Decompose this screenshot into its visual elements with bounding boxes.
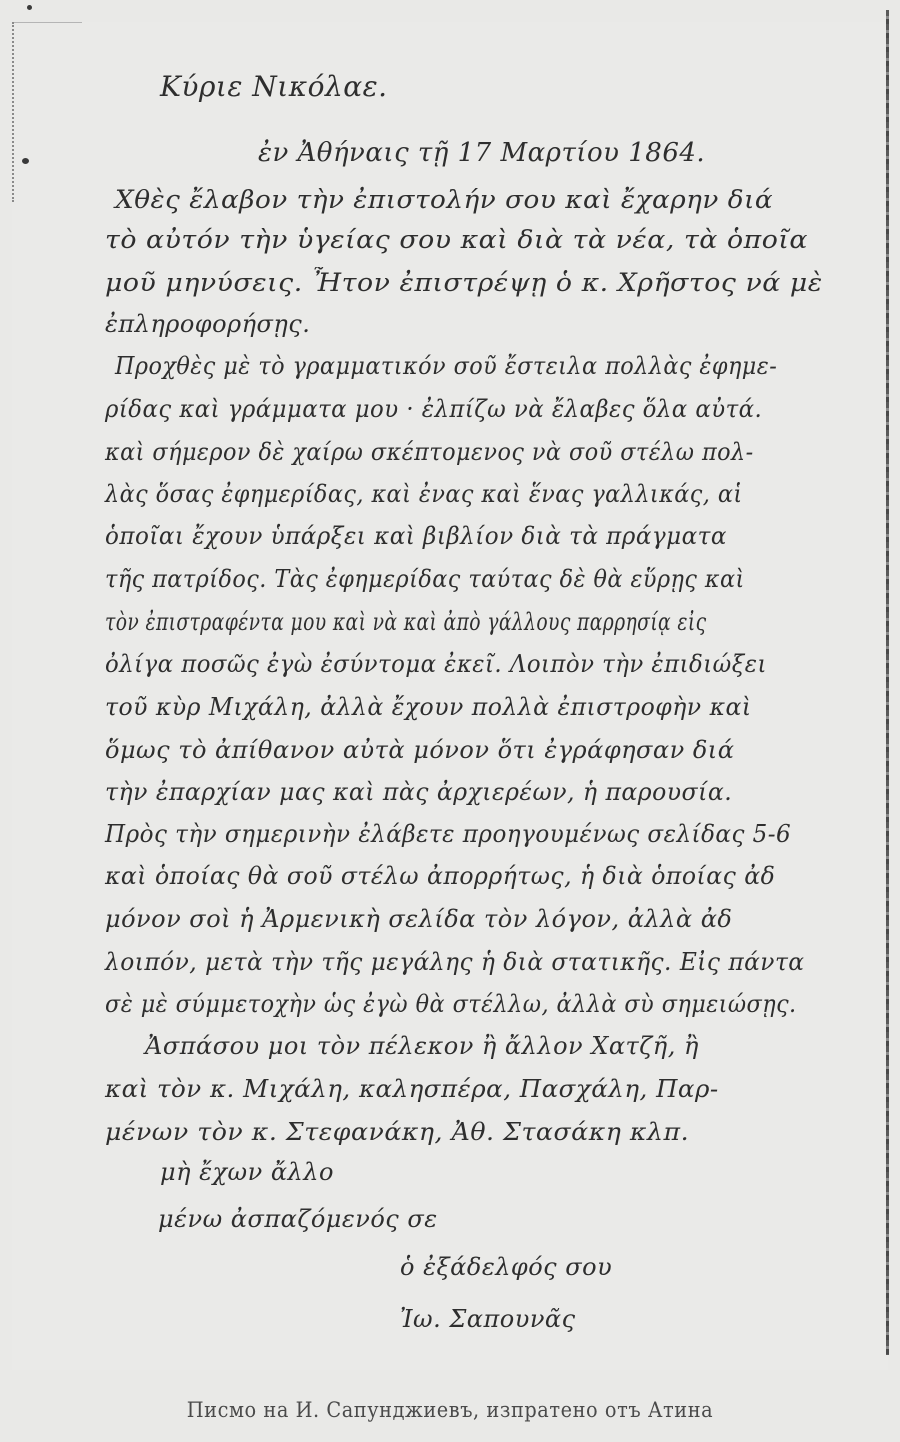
letter-date: ἐν Ἀθήναις τῇ 17 Μαρτίου 1864. xyxy=(258,138,705,168)
letter-line: Προχθὲς μὲ τὸ γραμματικόν σοῦ ἔστειλα πο… xyxy=(115,352,777,380)
letter-line: μένων τὸν κ. Στεφανάκη, Ἀθ. Στασάκη κλπ. xyxy=(105,1118,689,1146)
letter-line: καὶ σήμερον δὲ χαίρω σκέπτομενος νὰ σοῦ … xyxy=(105,438,754,466)
letter-line: τοῦ κὺρ Μιχάλη, ἀλλὰ ἔχουν πολλὰ ἐπιστρο… xyxy=(105,693,752,721)
letter-line: ἐπληροφορήσῃς. xyxy=(105,310,310,338)
letter-line: Πρὸς τὴν σημερινὴν ἐλάβετε προηγουμένως … xyxy=(105,820,791,848)
letter-line: λοιπόν, μετὰ τὴν τῆς μεγάλης ἡ διὰ στατι… xyxy=(105,948,805,976)
letter-line: Χθὲς ἔλαβον τὴν ἐπιστολήν σου καὶ ἔχαρην… xyxy=(115,185,773,214)
letter-line: καὶ ὁποίας θὰ σοῦ στέλω ἀπορρήτως, ἡ διὰ… xyxy=(105,862,775,890)
letter-line: τὴν ἐπαρχίαν μας καὶ πὰς ἀρχιερέων, ἡ πα… xyxy=(105,778,732,806)
letter-line: καὶ τὸν κ. Μιχάλη, καλησπέρα, Πασχάλη, Π… xyxy=(105,1075,719,1103)
letter-line: λὰς ὅσας ἐφημερίδας, καὶ ἐνας καὶ ἕνας γ… xyxy=(105,480,743,508)
letter-line: τῆς πατρίδος. Τὰς ἐφημερίδας ταύτας δὲ θ… xyxy=(105,565,745,593)
letter-line: ὅμως τὸ ἀπίθανον αὐτὰ μόνον ὅτι ἐγράφησα… xyxy=(105,736,734,764)
letter-salutation: Κύριε Νικόλαε. xyxy=(160,70,388,103)
letter-line: σὲ μὲ σύμμετοχὴν ὡς ἐγὼ θὰ στέλλω, ἀλλὰ … xyxy=(105,990,797,1018)
figure-caption: Писмо на И. Сапунджиевъ, изпратено отъ А… xyxy=(36,1398,864,1422)
letter-closing: μένω ἀσπαζόμενός σε xyxy=(158,1205,438,1233)
letter-line: Ἀσπάσου μοι τὸν πέλεκον ἢ ἄλλον Χατζῆ, ἢ xyxy=(145,1032,699,1060)
letter-line: ρίδας καὶ γράμματα μου · ἐλπίζω νὰ ἔλαβε… xyxy=(105,395,762,423)
letter-line: ὀλίγα ποσῶς ἐγὼ ἐσύντομα ἐκεῖ. Λοιπὸν τὴ… xyxy=(105,650,767,678)
letter-line: μόνον σοὶ ἡ Ἀρμενικὴ σελίδα τὸν λόγον, ἀ… xyxy=(105,905,732,933)
letter-closing-relation: ὁ ἐξάδελφός σου xyxy=(400,1253,612,1281)
letter-line: μὴ ἔχων ἄλλο xyxy=(160,1158,334,1186)
letter-line: μοῦ μηνύσεις. Ἦτον ἐπιστρέψῃ ὁ κ. Χρῆστο… xyxy=(105,268,823,297)
letter-signature: Ἰω. Σαπουνᾶς xyxy=(400,1305,576,1333)
handwritten-letter: Κύριε Νικόλαε. ἐν Ἀθήναις τῇ 17 Μαρτίου … xyxy=(0,0,900,1370)
letter-line: ὁποῖαι ἔχουν ὑπάρξει καὶ βιβλίον διὰ τὰ … xyxy=(105,522,727,550)
letter-line: τὸν ἐπιστραφέντα μου καὶ νὰ καὶ ἀπὸ γάλλ… xyxy=(105,608,706,636)
letter-line: τὸ αὐτόν τὴν ὑγείας σου καὶ διὰ τὰ νέα, … xyxy=(105,225,808,254)
